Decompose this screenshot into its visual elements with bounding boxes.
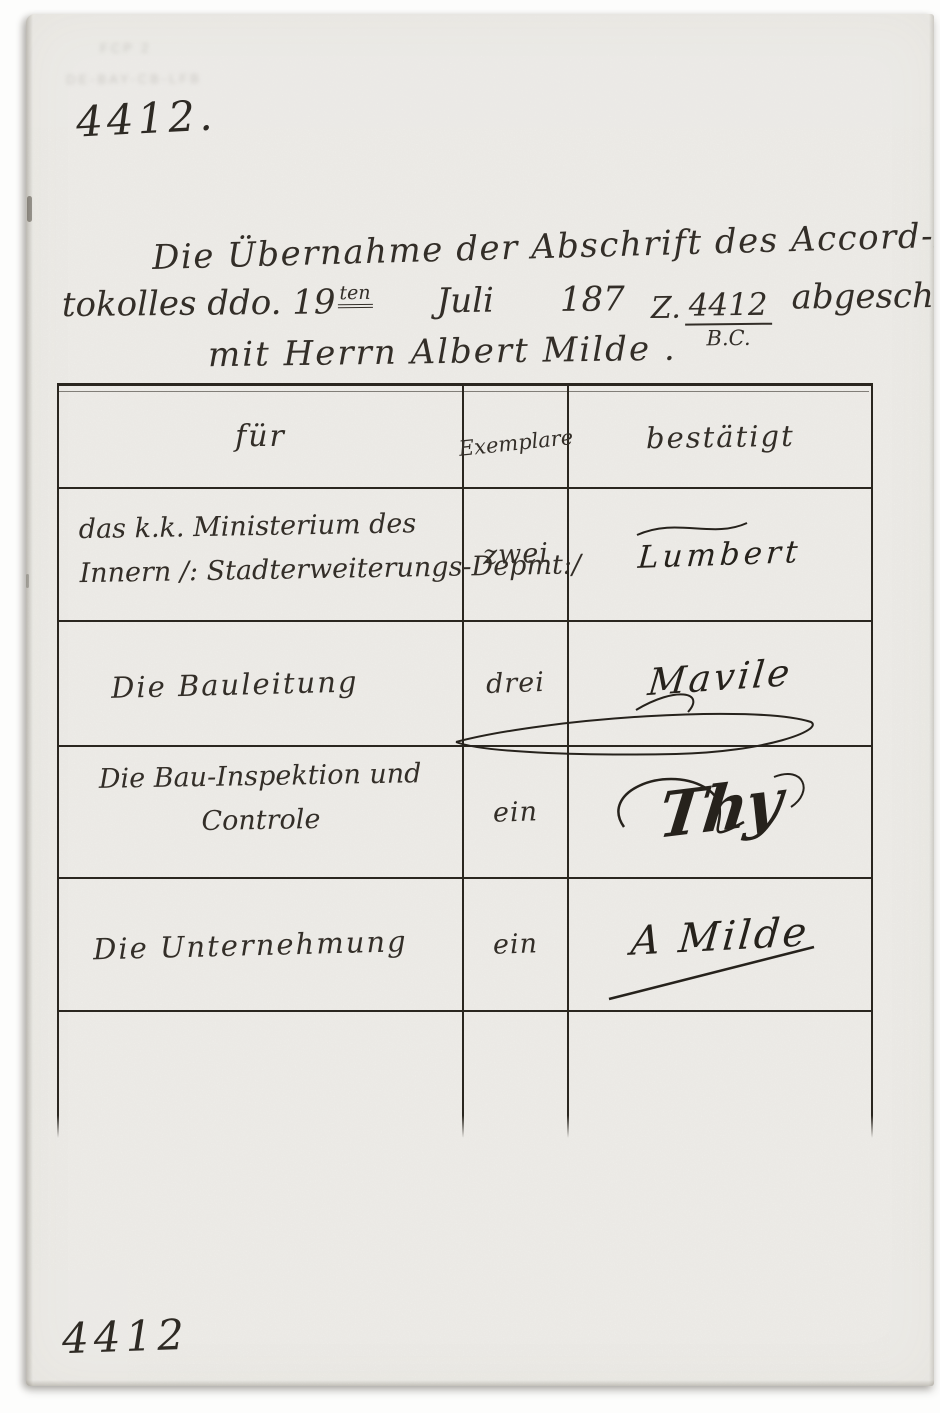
edge-smudge [27,196,32,222]
intro-line-3: mit Herrn Albert Milde . [208,329,677,376]
header-cell-exemplare: Exemplare [464,386,569,487]
header-cell-fuer: für [59,386,464,487]
recipient-line: Die Bau-Inspektion und [58,751,462,802]
file-number-fraction: 4412B.C. [685,290,773,350]
copies-cell: ein [464,879,569,1010]
recipient-cell: Die Bauleitung [59,622,464,745]
stamp-line: DE-BAY-CB-LFB [66,70,296,87]
intro-line-2-end: abgeschlossen [791,275,934,318]
recipient-line: Controle [59,795,463,846]
signature: A Milde [629,909,811,965]
recipient-line: Die Bauleitung [57,617,463,751]
copies-cell: drei [464,622,569,745]
signature-cell: Lumbert [569,489,871,620]
recipient-line: das k.k. Ministerium des [78,501,462,552]
stamp-line: FCP 2 [100,39,296,56]
signature: Thy [655,763,785,852]
table-open-column-line [567,1012,569,1138]
table-row: das k.k. Ministerium des Innern /: Stadt… [59,489,871,622]
recipient-line: Die Unternehmung [57,874,463,1016]
signature: Mavile [646,651,795,704]
edge-smudge [26,574,29,588]
signature-cell: Mavile [569,622,871,745]
recipient-cell: Die Unternehmung [59,879,464,1010]
recipient-line: Innern /: Stadterweiterungs-Depmt:/ [79,545,463,596]
table-top-double-rule [59,391,869,392]
header-cell-bestaetigt: bestätigt [569,386,871,487]
table-row: Die Bau-Inspektion und Controle ein Thy [59,747,871,879]
table-row: Die Unternehmung ein A Milde [59,879,871,1012]
paper-edge-shadow-bottom [26,1380,934,1386]
signature-cell: Thy [569,747,871,877]
file-number-department: B.C. [706,325,750,349]
ordinal-superscript: ten [337,282,372,308]
signature: Lumbert [637,534,803,576]
file-number-prefix: Z. [651,291,681,326]
table-open-bottom-row [57,1012,873,1138]
table-header-row: für Exemplare bestätigt [59,386,871,489]
table-row: Die Bauleitung drei Mavile [59,622,871,747]
intro-year: 187 [560,279,625,320]
signature-cell: A Milde [569,879,871,1010]
table-open-column-line [871,1012,873,1138]
copies-cell: zwei [464,489,569,620]
intro-line-2-start: tokolles ddo. 19 [62,282,336,325]
recipient-cell: Die Bau-Inspektion und Controle [59,747,464,877]
faint-embossed-stamp: FCP 2 DE-BAY-CB-LFB [66,39,296,87]
document-page: FCP 2 DE-BAY-CB-LFB 4412. Die Übernahme … [26,14,934,1386]
copies-cell: ein [464,747,569,877]
file-number: 4412 [685,290,772,326]
table-open-column-line [57,1012,59,1138]
recipient-cell: das k.k. Ministerium des Innern /: Stadt… [59,489,464,620]
intro-month: Juli [436,281,494,322]
handover-table: für Exemplare bestätigt das k.k. Ministe… [57,383,873,1012]
page-number-top: 4412. [75,90,218,146]
table-open-column-line [462,1012,464,1138]
page-number-bottom: 4412 [61,1310,190,1363]
